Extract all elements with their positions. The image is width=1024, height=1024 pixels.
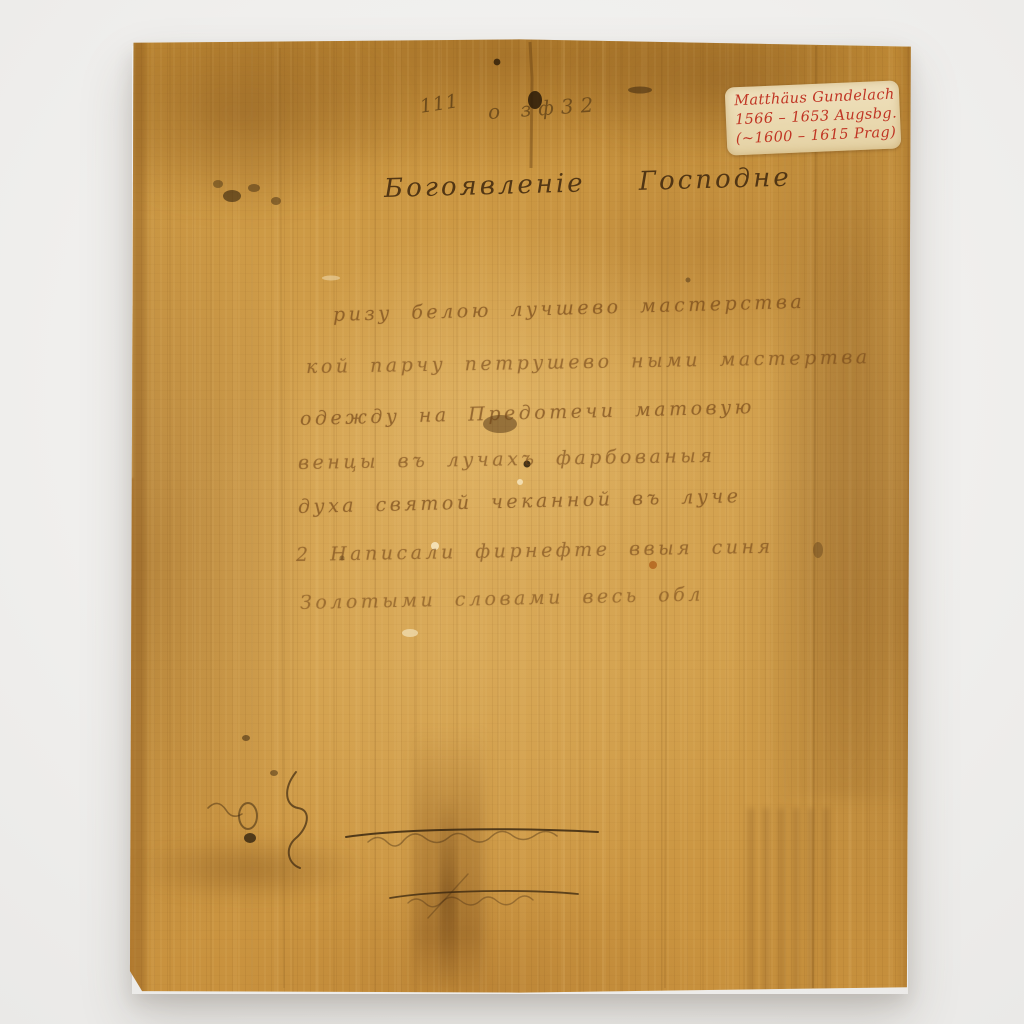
illegible-script-2 xyxy=(408,896,533,907)
loop-scribble xyxy=(287,772,307,868)
illegible-script-1 xyxy=(368,832,557,847)
ink-blob xyxy=(244,833,256,843)
strike-line-1 xyxy=(346,829,598,837)
scratch-mark xyxy=(428,874,468,918)
orange-resin-spot xyxy=(649,561,657,569)
collector-label: Matthäus Gundelach 1566 – 1653 Augsbg. (… xyxy=(725,80,902,155)
small-hole xyxy=(494,59,501,66)
strike-line-2 xyxy=(390,891,578,898)
crossed-out-inscription xyxy=(208,772,598,918)
wood-panel-back: 111 о зф32 Богоявленіе Господне ризу бел… xyxy=(128,38,912,994)
photo-background: 111 о зф32 Богоявленіе Господне ризу бел… xyxy=(0,0,1024,1024)
